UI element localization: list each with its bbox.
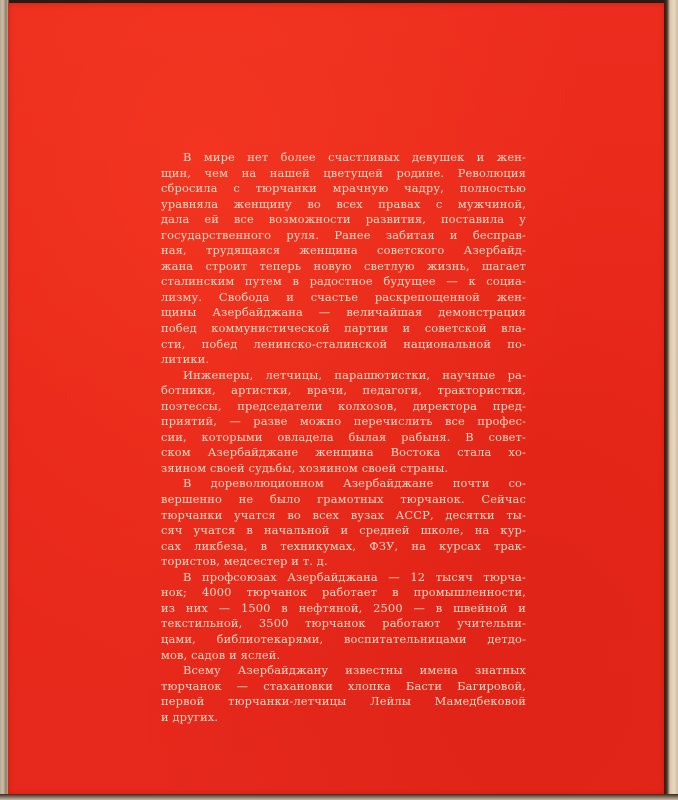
text-line: ботники, артистки, врачи, педагоги, трак… xyxy=(161,383,526,399)
text-line: щин, чем на нашей цветущей родине. Револ… xyxy=(161,166,526,182)
text-line: В дореволюционном Азербайджане почти со- xyxy=(161,476,526,492)
text-line: сти, побед ленинско-сталинской националь… xyxy=(161,337,526,353)
text-line: литики. xyxy=(161,352,526,368)
text-line: мов, садов и яслей. xyxy=(161,648,526,664)
text-line: вершенно не было грамотных тюрчанок. Сей… xyxy=(161,492,526,508)
text-line: сбросила с тюрчанки мрачную чадру, полно… xyxy=(161,181,526,197)
text-line: нок; 4000 тюрчанок работает в промышленн… xyxy=(161,585,526,601)
text-line: зяином своей судьбы, хозяином своей стра… xyxy=(161,461,526,477)
text-line: ная, трудящаяся женщина советского Азерб… xyxy=(161,243,526,259)
body-text: В мире нет более счастливых девушек и же… xyxy=(161,150,526,725)
text-line: ском Азербайджане женщина Востока стала … xyxy=(161,445,526,461)
text-line: сах ликбеза, в техникумах, ФЗУ, на курса… xyxy=(161,539,526,555)
text-line: приятий, — разве можно перечислить все п… xyxy=(161,414,526,430)
paragraph-4: В профсоюзах Азербайджана — 12 тысяч тюр… xyxy=(161,570,526,663)
scanned-page-frame: В мире нет более счастливых девушек и же… xyxy=(0,0,678,800)
paragraph-3: В дореволюционном Азербайджане почти со-… xyxy=(161,476,526,569)
paragraph-2: Инженеры, летчицы, парашютистки, научные… xyxy=(161,368,526,477)
text-line: сии, которыми овладела былая рабыня. В с… xyxy=(161,430,526,446)
text-line: первой тюрчанки-летчицы Лейлы Мамедбеков… xyxy=(161,694,526,710)
paragraph-1: В мире нет более счастливых девушек и же… xyxy=(161,150,526,368)
text-line: поэтессы, председатели колхозов, директо… xyxy=(161,399,526,415)
text-line: тористов, медсестер и т. д. xyxy=(161,554,526,570)
text-line: жана строит теперь новую светлую жизнь, … xyxy=(161,259,526,275)
text-line: щины Азербайджана — величайшая демонстра… xyxy=(161,305,526,321)
text-line: государственного руля. Ранее забитая и б… xyxy=(161,228,526,244)
page-right-edge xyxy=(664,0,678,800)
page-bottom-edge xyxy=(0,794,678,800)
text-line: из них — 1500 в нефтяной, 2500 — в швейн… xyxy=(161,601,526,617)
text-line: уравняла женщину во всех правах с мужчин… xyxy=(161,197,526,213)
text-line: В мире нет более счастливых девушек и же… xyxy=(161,150,526,166)
text-line: дала ей все возможности развития, постав… xyxy=(161,212,526,228)
text-line: цами, библиотекарями, воспитательницами … xyxy=(161,632,526,648)
text-line: текстильной, 3500 тюрчанок работают учит… xyxy=(161,616,526,632)
paragraph-5: Всему Азербайджану известны имена знатны… xyxy=(161,663,526,725)
text-line: побед коммунистической партии и советско… xyxy=(161,321,526,337)
text-line: тюрчанок — стахановки хлопка Басти Багир… xyxy=(161,679,526,695)
text-line: В профсоюзах Азербайджана — 12 тысяч тюр… xyxy=(161,570,526,586)
text-line: лизму. Свобода и счастье раскрепощенной … xyxy=(161,290,526,306)
text-line: и других. xyxy=(161,710,526,726)
text-line: сталинским путем в радостное будущее — к… xyxy=(161,274,526,290)
text-line: Инженеры, летчицы, парашютистки, научные… xyxy=(161,368,526,384)
text-line: Всему Азербайджану известны имена знатны… xyxy=(161,663,526,679)
text-line: тюрчанки учатся во всех вузах АССР, деся… xyxy=(161,508,526,524)
text-line: сяч учатся в начальной и средней школе, … xyxy=(161,523,526,539)
